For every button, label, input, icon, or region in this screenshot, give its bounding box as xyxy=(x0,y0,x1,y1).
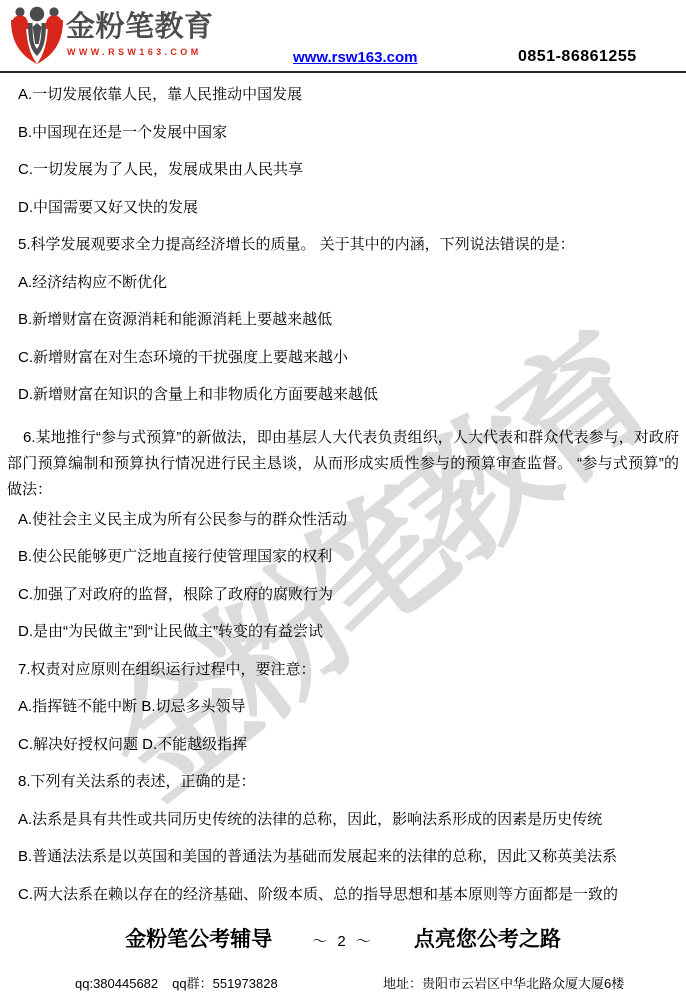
option-line: A.法系是具有共性或共同历史传统的法律的总称，因此，影响法系形成的因素是历史传统 xyxy=(7,812,679,828)
qq-group-number: qq群：551973828 xyxy=(172,976,278,991)
option-line: C.两大法系在赖以存在的经济基础、阶级本质、总的指导思想和基本原则等方面都是一致… xyxy=(7,887,679,903)
brand-site-url: WWW.RSW163.COM xyxy=(67,48,202,57)
option-line: C.加强了对政府的监督，根除了政府的腐败行为 xyxy=(7,587,679,603)
questions-area: A.一切发展依靠人民，靠人民推动中国发展 B.中国现在还是一个发展中国家 C.一… xyxy=(7,87,679,924)
qq-number: qq:380445682 xyxy=(75,976,158,991)
website-link[interactable]: www.rsw163.com xyxy=(293,50,418,65)
option-line: A.使社会主义民主成为所有公民参与的群众性活动 xyxy=(7,512,679,528)
page-header: 金粉笔教育 WWW.RSW163.COM www.rsw163.com 0851… xyxy=(0,0,686,73)
option-line: B.新增财富在资源消耗和能源消耗上要越来越低 xyxy=(7,312,679,328)
option-line: B.使公民能够更广泛地直接行使管理国家的权利 xyxy=(7,549,679,565)
option-line: A.一切发展依靠人民，靠人民推动中国发展 xyxy=(7,87,679,103)
question-stem: 6.某地推行“参与式预算”的新做法，即由基层人大代表负责组织，人大代表和群众代表… xyxy=(7,425,679,503)
option-line: C.一切发展为了人民，发展成果由人民共享 xyxy=(7,162,679,178)
footer-title-row: 金粉笔公考辅导 ～ 2 ～ 点亮您公考之路 xyxy=(0,929,686,950)
option-line: D.中国需要又好又快的发展 xyxy=(7,200,679,216)
option-line: D.新增财富在知识的含量上和非物质化方面要越来越低 xyxy=(7,387,679,403)
option-line: C.解决好授权问题 D.不能越级指挥 xyxy=(7,737,679,753)
brand-title: 金粉笔教育 xyxy=(66,13,214,42)
option-line: B.中国现在还是一个发展中国家 xyxy=(7,125,679,141)
option-line: C.新增财富在对生态环境的干扰强度上要越来越小 xyxy=(7,350,679,366)
question-stem: 5.科学发展观要求全力提高经济增长的质量。 关于其中的内涵，下列说法错误的是： xyxy=(7,237,679,253)
question-stem: 8.下列有关法系的表述，正确的是： xyxy=(7,774,679,790)
company-logo-icon xyxy=(10,5,64,70)
page-number: ～ 2 ～ xyxy=(312,934,374,949)
footer-address: 地址：贵阳市云岩区中华北路众厦大厦6楼 xyxy=(383,973,624,992)
footer-qq-info: qq:380445682qq群：551973828 xyxy=(75,973,278,992)
document-page: 金粉笔教育 金粉笔教育 WWW.RSW163.COM www.rsw163.co… xyxy=(0,0,686,1008)
footer-brand-left: 金粉笔公考辅导 xyxy=(125,929,272,950)
option-line: B.普通法法系是以英国和美国的普通法为基础而发展起来的法律的总称，因此又称英美法… xyxy=(7,849,679,865)
footer-brand-right: 点亮您公考之路 xyxy=(414,929,561,950)
option-line: A.指挥链不能中断 B.切忌多头领导 xyxy=(7,699,679,715)
option-line: A.经济结构应不断优化 xyxy=(7,275,679,291)
question-stem: 7.权责对应原则在组织运行过程中，要注意： xyxy=(7,662,679,678)
phone-number: 0851-86861255 xyxy=(518,49,637,65)
option-line: D.是由“为民做主”到“让民做主”转变的有益尝试 xyxy=(7,624,679,640)
